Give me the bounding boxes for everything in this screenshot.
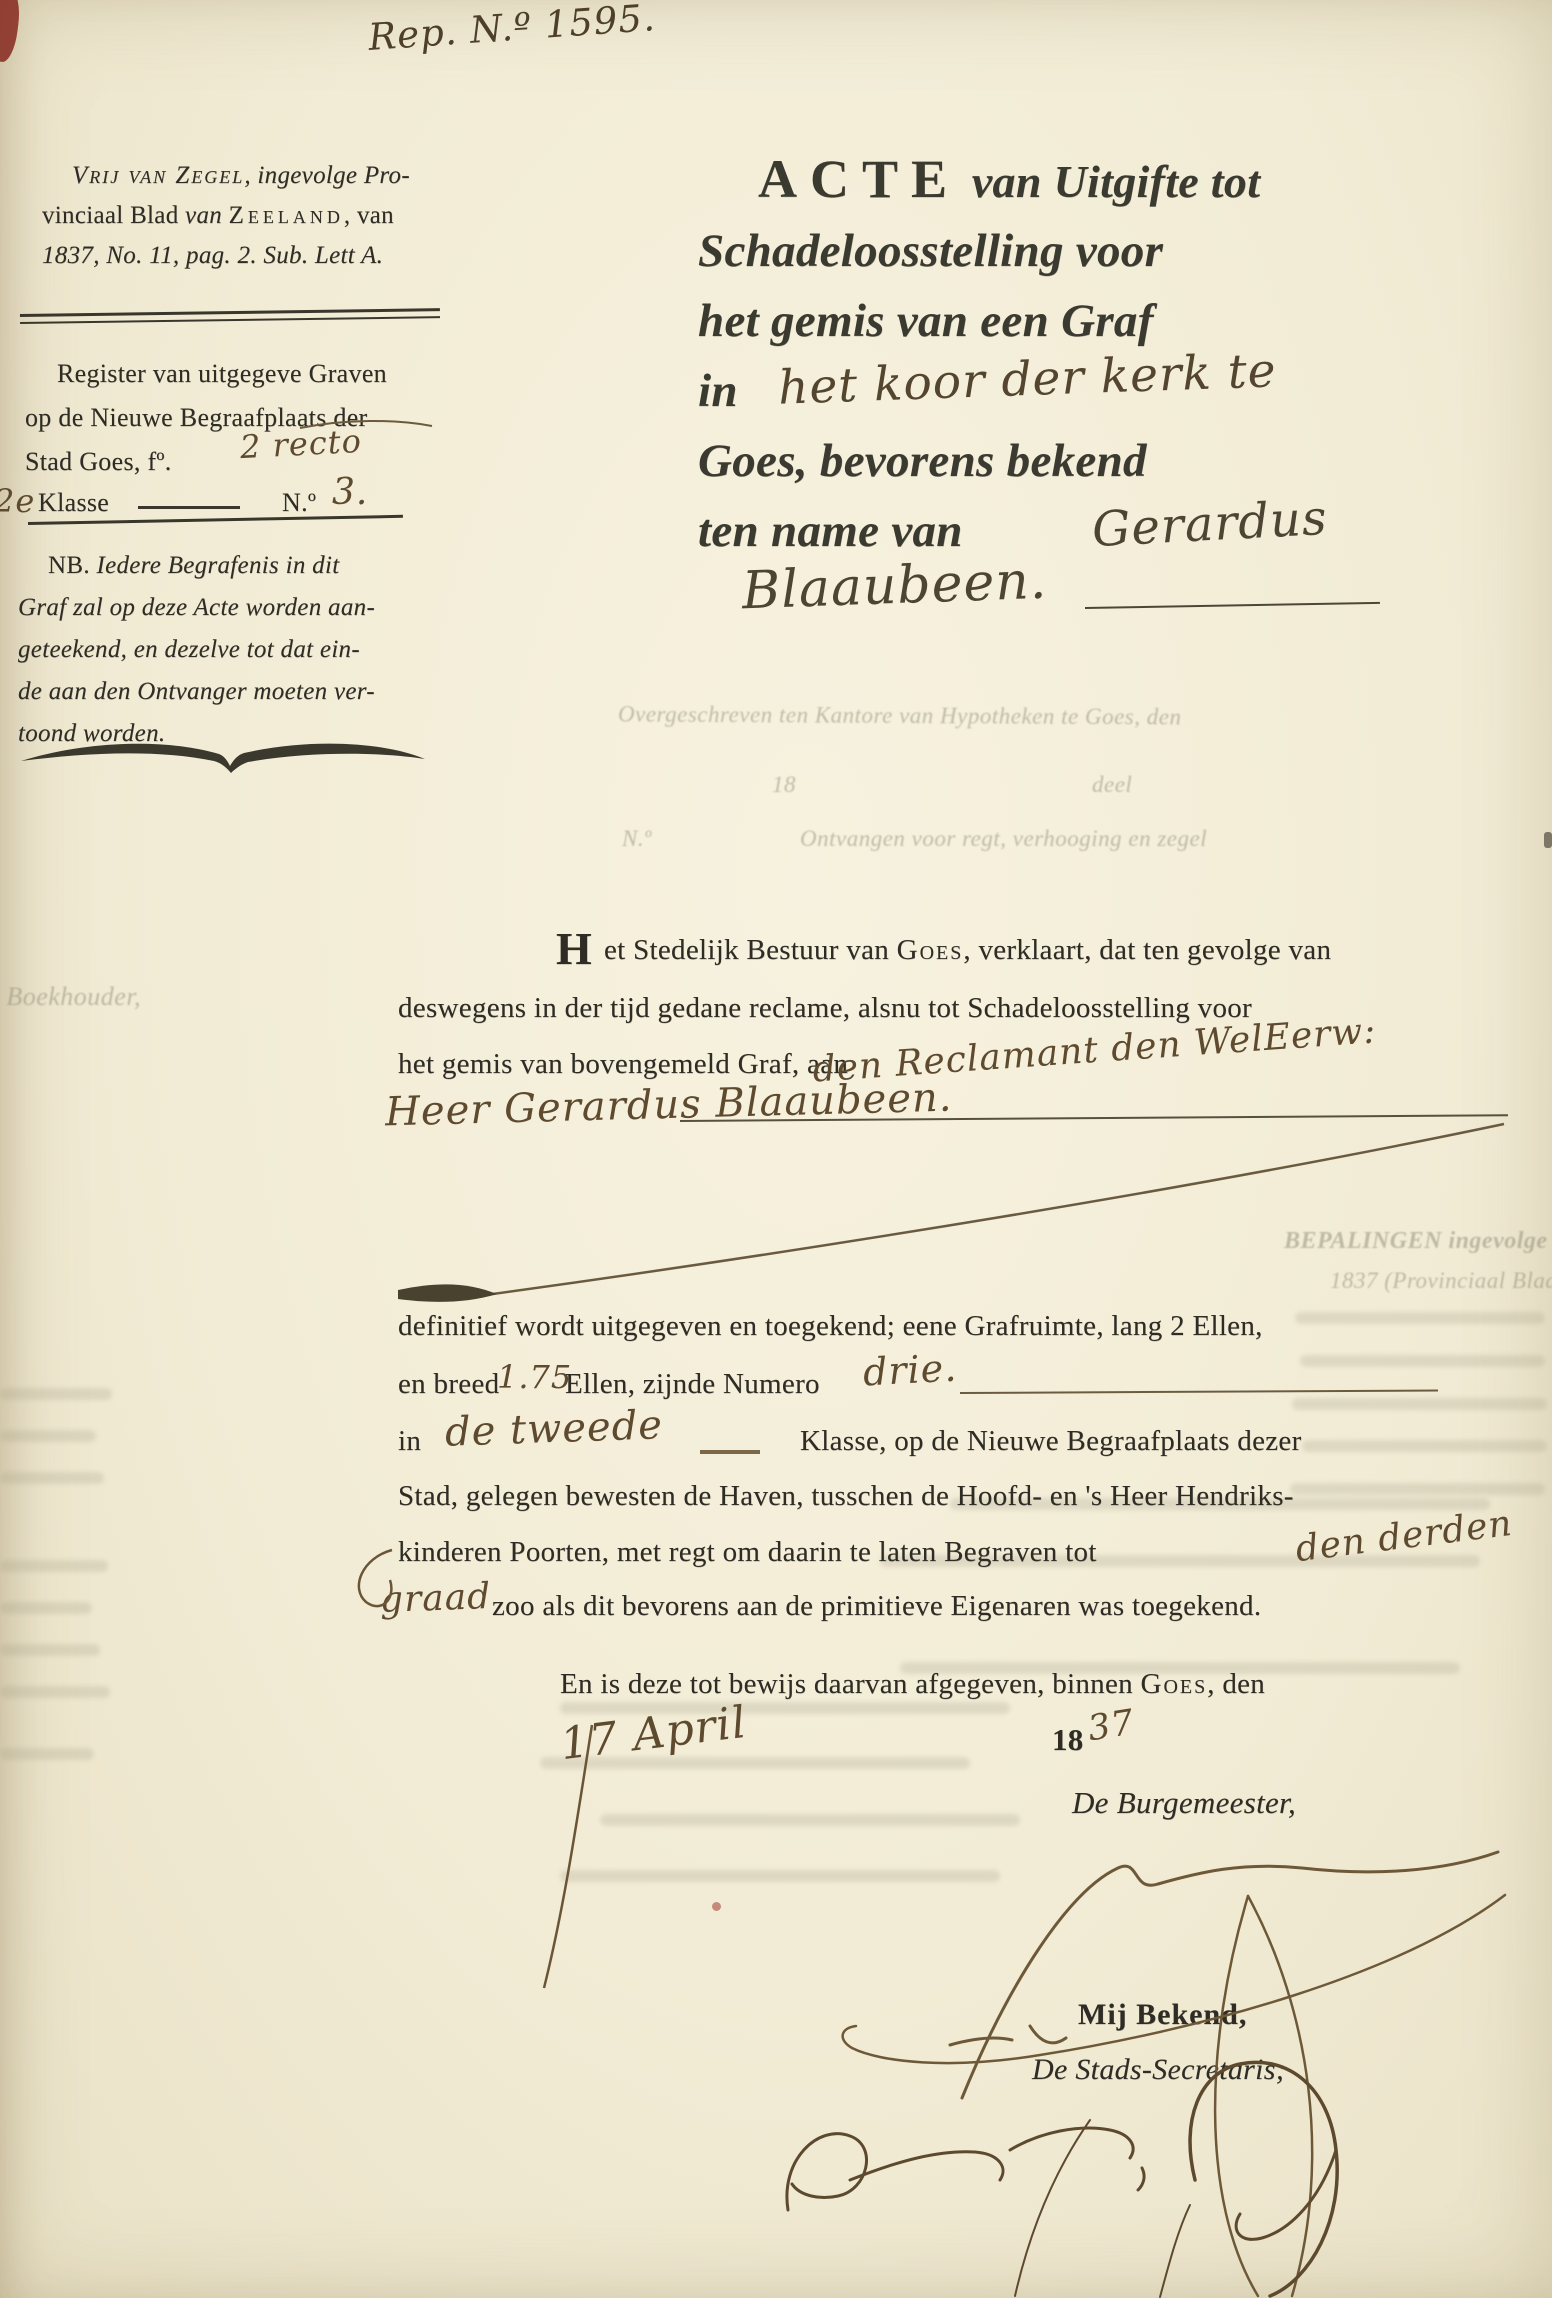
date-descender-stroke: [544, 1725, 592, 1988]
burgemeester-signature: [843, 1852, 1505, 2296]
document-page: Overgeschreven ten Kantore van Hypotheke…: [0, 0, 1552, 2298]
handwritten-strokes-overlay: [0, 0, 1552, 2298]
secretary-signature: [787, 2062, 1337, 2297]
filler-diagonal-line: [478, 1124, 1504, 1296]
graad-flourish: [359, 1550, 392, 1606]
register-folio-flourish: [300, 421, 432, 428]
filler-diagonal-end: [398, 1284, 497, 1302]
